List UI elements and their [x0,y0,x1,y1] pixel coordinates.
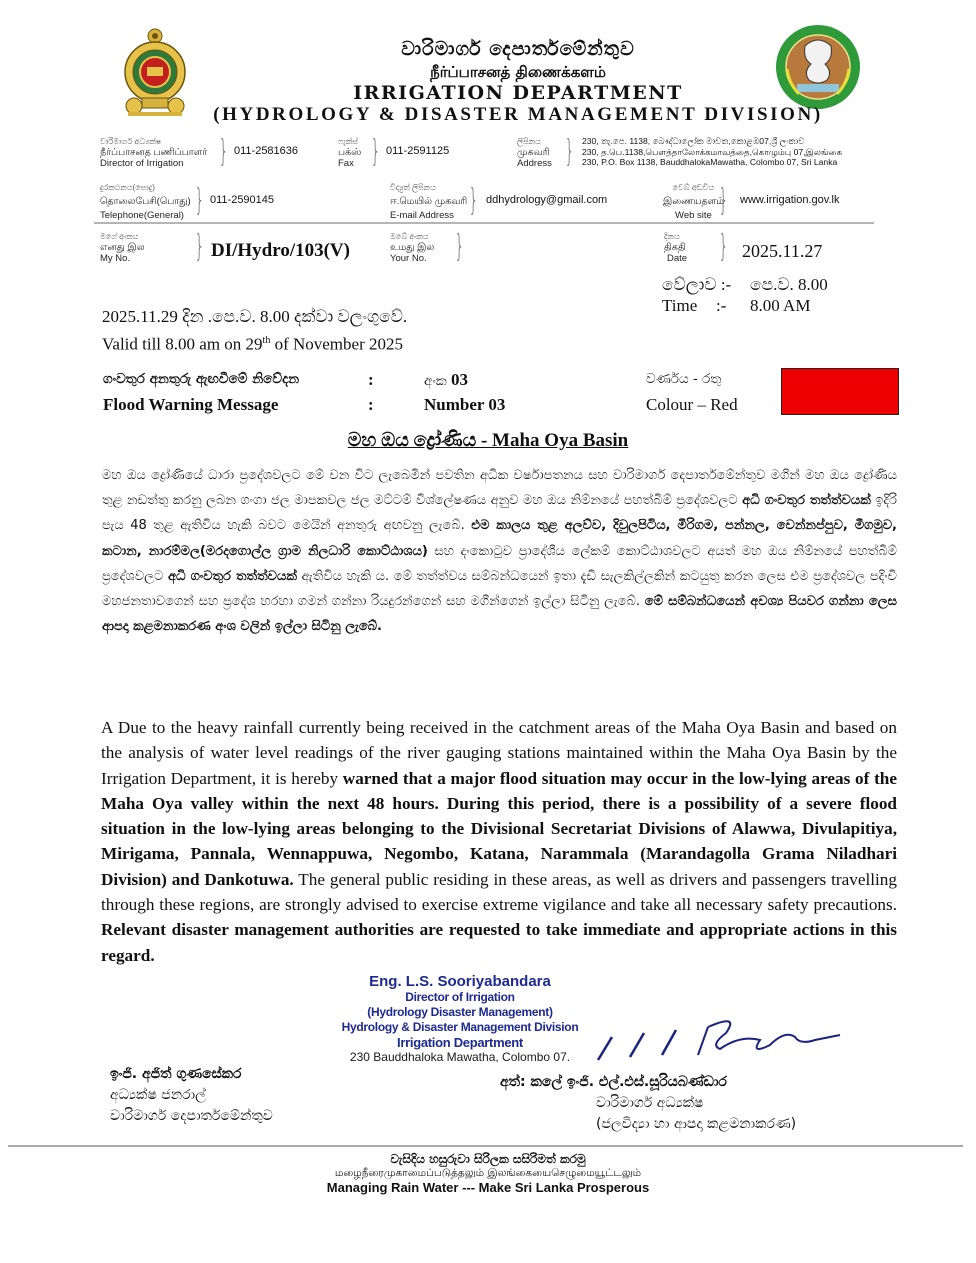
stamp-line: (Hydrology Disaster Management) [330,1005,590,1020]
time-separator: :- [716,295,750,316]
warning-label-si: ගංවතුර අනතුරු ඇඟවීමේ නිවේදන [103,367,299,392]
director-phone: 011-2581636 [234,145,298,157]
issue-date: 2025.11.27 [742,241,822,262]
signature-icon [590,1015,850,1065]
brace-icon: } [371,137,381,167]
footer-motto: වැසිදිය හසුරුවා සිරිලක සසිරිමත් කරමු மழை… [0,1152,976,1195]
brace-icon: } [455,232,465,262]
colour-label-en: Colour – Red [646,392,738,417]
brace-icon: } [195,186,205,216]
email-label: විද්‍යුත් ලිපිනය ஈ.மெயில் முகவரி E-mail … [390,182,467,221]
warning-colon: : [368,367,374,392]
director-label: වාරිමාර්ග අධ්‍යක්ෂ நீர்ப்பாசனத பணிப்பாளர… [100,136,207,169]
address-value: 230, තැ.පෙ. 1138, බෞද්ධාලෝක මාවත,කොළඹ07,… [582,136,842,168]
body-paragraph-english: A Due to the heavy rainfall currently be… [101,715,897,968]
fax-label: ෆැක්ස් பக்ஸ் Fax [338,136,361,169]
validity-english: Valid till 8.00 am on 29th of November 2… [102,329,407,357]
footer-divider [8,1145,963,1147]
emphasis-text: Relevant disaster management authorities… [101,920,897,964]
brace-icon: } [219,137,229,167]
stamp-line: Hydrology & Disaster Management Division [330,1020,590,1035]
signatory-left-org: වාරිමාර්ග දෙපාර්තමේන්තුව [110,1106,273,1127]
colour-label-si: වර්ණය - රතු [646,367,721,392]
fax-number: 011-2591125 [386,145,449,157]
body-paragraph-sinhala: මහ ඔය ද්‍රෝණියේ ධාරා ප්‍රදේශවලට මේ වන වි… [102,463,897,639]
telephone-label: දුරකථනය(පොදු) தொலைபேசி(பொது) Telephone(G… [100,182,191,221]
brace-icon: } [469,186,479,216]
my-no-label: මගේ අංකය எனது இல My No. [100,231,145,264]
department-title-english: IRRIGATION DEPARTMENT [0,82,976,104]
website-label: වෙබ් අඩවිය இணையதளம் Web site [663,182,724,221]
signatory-right: අත්: කලේ ඉංජි. එල්.එස්.සූරියබණ්ඩාර වාරිම… [500,1072,796,1135]
address-label: ලිපිනය முகவரி Address [517,136,552,169]
signatory-left-title: අධ්‍යක්ෂ ජනරාල් [110,1085,273,1106]
telephone-number: 011-2590145 [210,194,274,206]
division-title: (HYDROLOGY & DISASTER MANAGEMENT DIVISIO… [0,104,976,126]
brace-icon: } [719,186,729,216]
stamp-address: 230 Bauddhaloka Mawatha, Colombo 07. [330,1050,590,1065]
signatory-right-division: (ජලවිද්‍යා හා ආපදා කළමනාකරණ) [500,1114,796,1135]
brace-icon: } [565,137,575,167]
stamp-line: Irrigation Department [330,1035,590,1050]
footer-motto-en: Managing Rain Water --- Make Sri Lanka P… [0,1180,976,1195]
department-title-sinhala: වාරිමාර්ග දෙපාර්තමේන්තුව [0,38,976,60]
warning-colon: : [368,392,374,417]
signatory-left: ඉංජි. අජිත් ගුණසේකර අධ්‍යක්ෂ ජනරාල් වාරි… [110,1064,273,1127]
department-title-tamil: நீர்ப்பாசனத் திணைக்களம் [0,63,976,83]
footer-motto-ta: மழைநீரைமுகாமைப்படுத்தலும் இலங்கையைசெழுமை… [0,1167,976,1180]
stamp-name: Eng. L.S. Sooriyabandara [330,973,590,990]
brace-icon: } [195,232,205,262]
time-value-si: පෙ.ව. 8.00 [750,275,828,294]
time-value-en: 8.00 AM [750,296,810,315]
basin-title: මහ ඔය ද්‍රෝණිය - Maha Oya Basin [0,430,976,452]
website-url[interactable]: www.irrigation.gov.lk [740,194,839,206]
signatory-right-title: වාරිමාර්ග අධ්‍යක්ෂ [500,1093,796,1114]
your-no-label: ඔබේ අංකය உமது இல Your No. [390,231,434,264]
date-label: දිනය திகதி Date [664,231,687,264]
time-block: වේලාව :-පෙ.ව. 8.00 Time:-8.00 AM [662,274,828,316]
my-reference-number: DI/Hydro/103(V) [211,240,350,262]
warning-label-en: Flood Warning Message [103,392,278,417]
footer-motto-si: වැසිදිය හසුරුවා සිරිලක සසිරිමත් කරමු [0,1152,976,1167]
official-stamp: Eng. L.S. Sooriyabandara Director of Irr… [330,973,590,1065]
warning-number-si: අංක 03 [424,367,468,394]
brace-icon: } [719,232,729,262]
validity-sinhala: 2025.11.29 දින .පෙ.ව. 8.00 දක්වා වලංගුවේ… [102,305,407,329]
validity-block: 2025.11.29 දින .පෙ.ව. 8.00 දක්වා වලංගුවේ… [102,305,407,357]
warning-colour-swatch [781,368,899,415]
header-divider [94,222,874,224]
signatory-right-name: අත්: කලේ ඉංජි. එල්.එස්.සූරියබණ්ඩාර [500,1072,796,1093]
warning-number-en: Number 03 [424,392,505,417]
stamp-line: Director of Irrigation [330,990,590,1005]
emphasis-text: අධි ගංවතුර තත්ත්වයක් [168,569,297,584]
email-address[interactable]: ddhydrology@gmail.com [486,194,607,206]
time-label-en: Time [662,295,716,316]
emphasis-text: අධි ගංවතුර තත්ත්වයක් [742,493,871,508]
time-label-si: වේලාව :- [662,274,750,295]
signatory-left-name: ඉංජි. අජිත් ගුණසේකර [110,1064,273,1085]
